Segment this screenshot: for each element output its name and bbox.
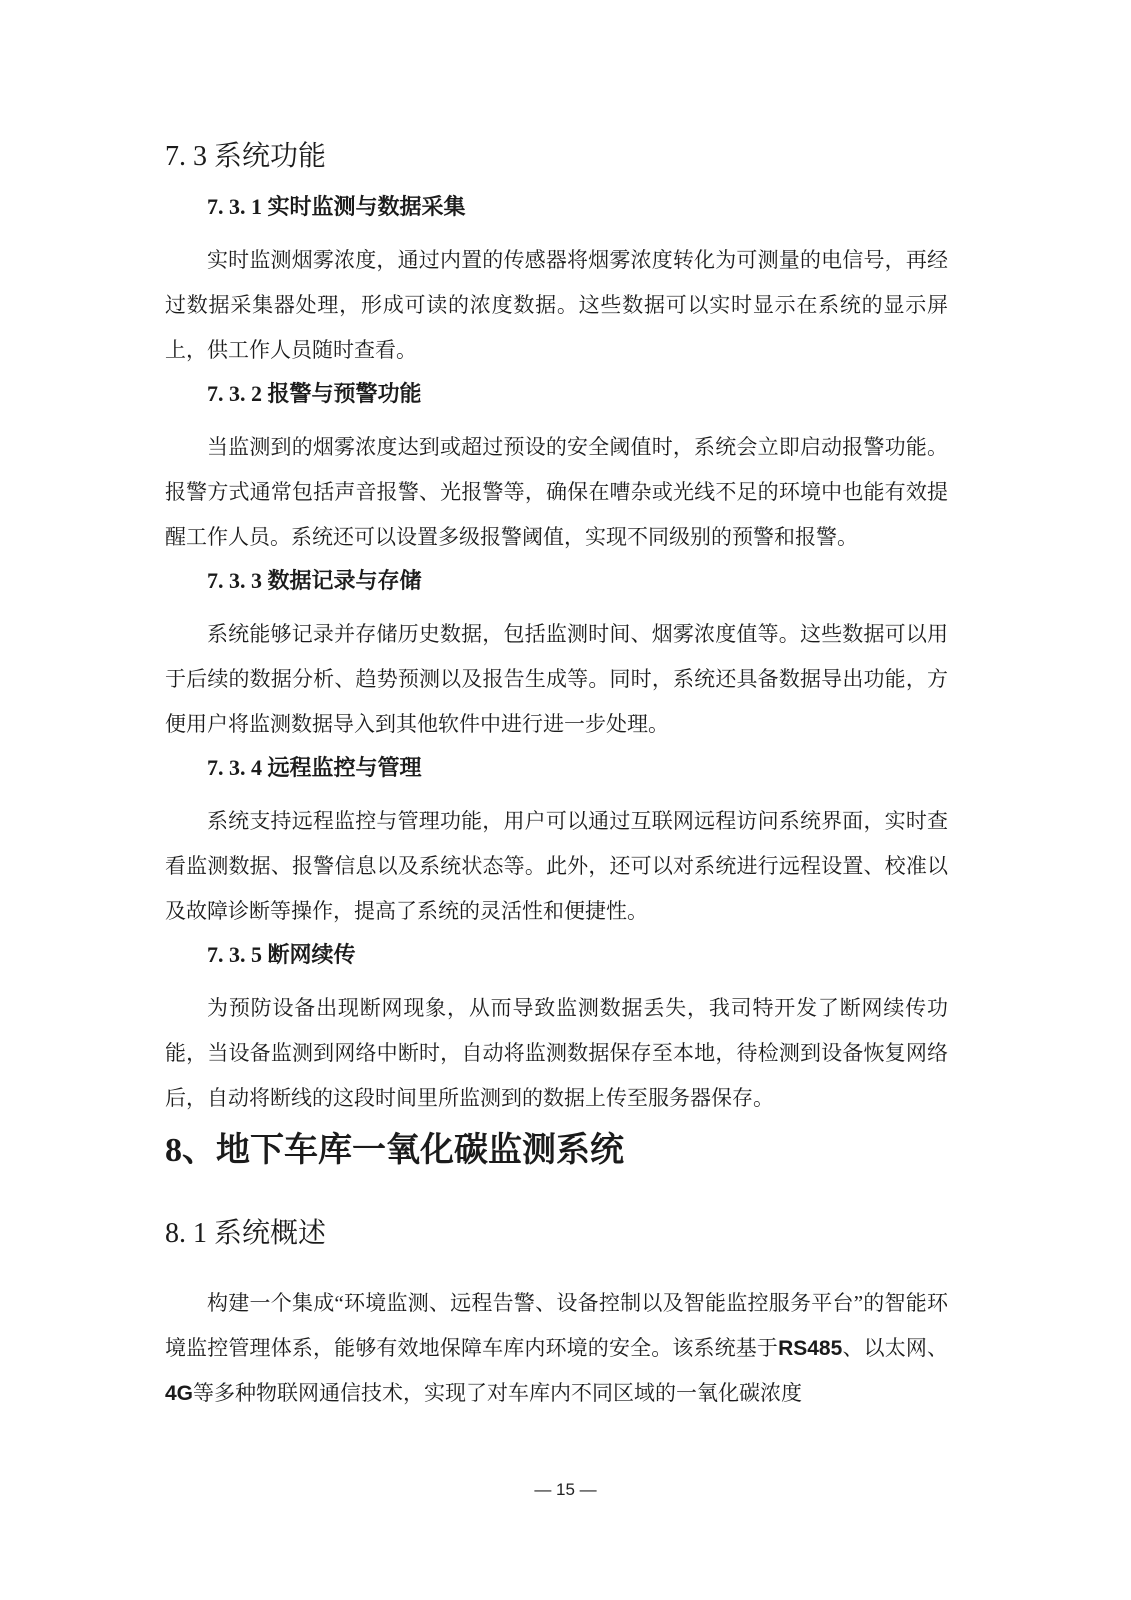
heading-7-3-5: 7. 3. 5 断网续传 xyxy=(207,942,948,968)
paragraph-7-3-3: 系统能够记录并存储历史数据，包括监测时间、烟雾浓度值等。这些数据可以用于后续的数… xyxy=(165,612,948,747)
heading-8: 8、地下车库一氧化碳监测系统 xyxy=(165,1131,948,1171)
heading-8-1: 8. 1 系统概述 xyxy=(165,1217,948,1251)
paragraph-7-3-1: 实时监测烟雾浓度，通过内置的传感器将烟雾浓度转化为可测量的电信号，再经过数据采集… xyxy=(165,238,948,373)
heading-7-3-2: 7. 3. 2 报警与预警功能 xyxy=(207,381,948,407)
heading-7-3-3: 7. 3. 3 数据记录与存储 xyxy=(207,568,948,594)
paragraph-7-3-4: 系统支持远程监控与管理功能，用户可以通过互联网远程访问系统界面，实时查看监测数据… xyxy=(165,799,948,934)
heading-7-3-1: 7. 3. 1 实时监测与数据采集 xyxy=(207,194,948,220)
paragraph-7-3-2: 当监测到的烟雾浓度达到或超过预设的安全阈值时，系统会立即启动报警功能。报警方式通… xyxy=(165,425,948,560)
heading-7-3-4: 7. 3. 4 远程监控与管理 xyxy=(207,755,948,781)
heading-7-3: 7. 3 系统功能 xyxy=(165,140,948,174)
page-number: — 15 — xyxy=(0,1480,1131,1500)
paragraph-7-3-5: 为预防设备出现断网现象，从而导致监测数据丢失，我司特开发了断网续传功能，当设备监… xyxy=(165,986,948,1121)
document-page: 7. 3 系统功能 7. 3. 1 实时监测与数据采集 实时监测烟雾浓度，通过内… xyxy=(0,0,1131,1600)
paragraph-8-1: 构建一个集成“环境监测、远程告警、设备控制以及智能监控服务平台”的智能环境监控管… xyxy=(165,1281,948,1416)
